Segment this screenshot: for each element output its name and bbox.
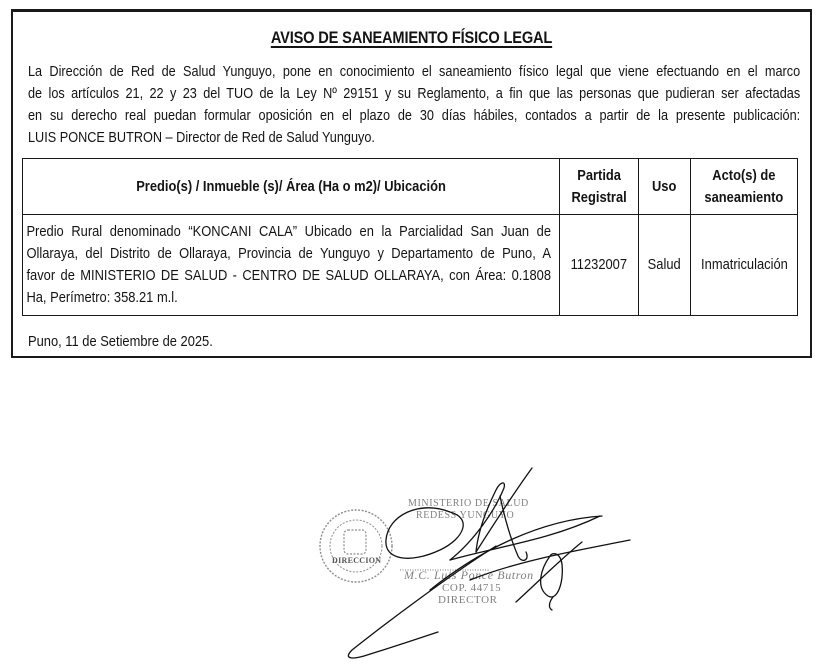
table-row: Predio Rural denominado “KONCANI CALA” U…	[23, 215, 798, 316]
signature-icon	[300, 460, 640, 667]
body-line: LUIS PONCE BUTRON – Director de Red de S…	[28, 127, 800, 149]
body-line: en su derecho real puedan formular oposi…	[28, 105, 800, 127]
header-registry: Partida Registral	[560, 159, 639, 215]
cell-registry: 11232007	[560, 215, 639, 316]
header-acts: Acto(s) de saneamiento	[691, 159, 798, 215]
notice-box: AVISO DE SANEAMIENTO FÍSICO LEGAL La Dir…	[11, 9, 812, 358]
notice-title: AVISO DE SANEAMIENTO FÍSICO LEGAL	[69, 28, 754, 48]
body-line: La Dirección de Red de Salud Yunguyo, po…	[28, 61, 800, 83]
sanitation-table: Predio(s) / Inmueble (s)/ Área (Ha o m2)…	[22, 158, 798, 316]
cell-property: Predio Rural denominado “KONCANI CALA” U…	[23, 215, 560, 316]
notice-date: Puno, 11 de Setiembre de 2025.	[28, 333, 213, 350]
cell-use: Salud	[639, 215, 691, 316]
body-line: de los artículos 21, 22 y 23 del TUO de …	[28, 83, 800, 105]
signature-stamp-area: DIRECCION MINISTERIO DE SALUD REDESS YUN…	[300, 460, 640, 667]
table-header-row: Predio(s) / Inmueble (s)/ Área (Ha o m2)…	[23, 159, 798, 215]
notice-title-text: AVISO DE SANEAMIENTO FÍSICO LEGAL	[271, 28, 552, 47]
header-use: Uso	[639, 159, 691, 215]
header-property: Predio(s) / Inmueble (s)/ Área (Ha o m2)…	[23, 159, 560, 215]
notice-body: La Dirección de Red de Salud Yunguyo, po…	[28, 61, 800, 149]
cell-acts: Inmatriculación	[691, 215, 798, 316]
